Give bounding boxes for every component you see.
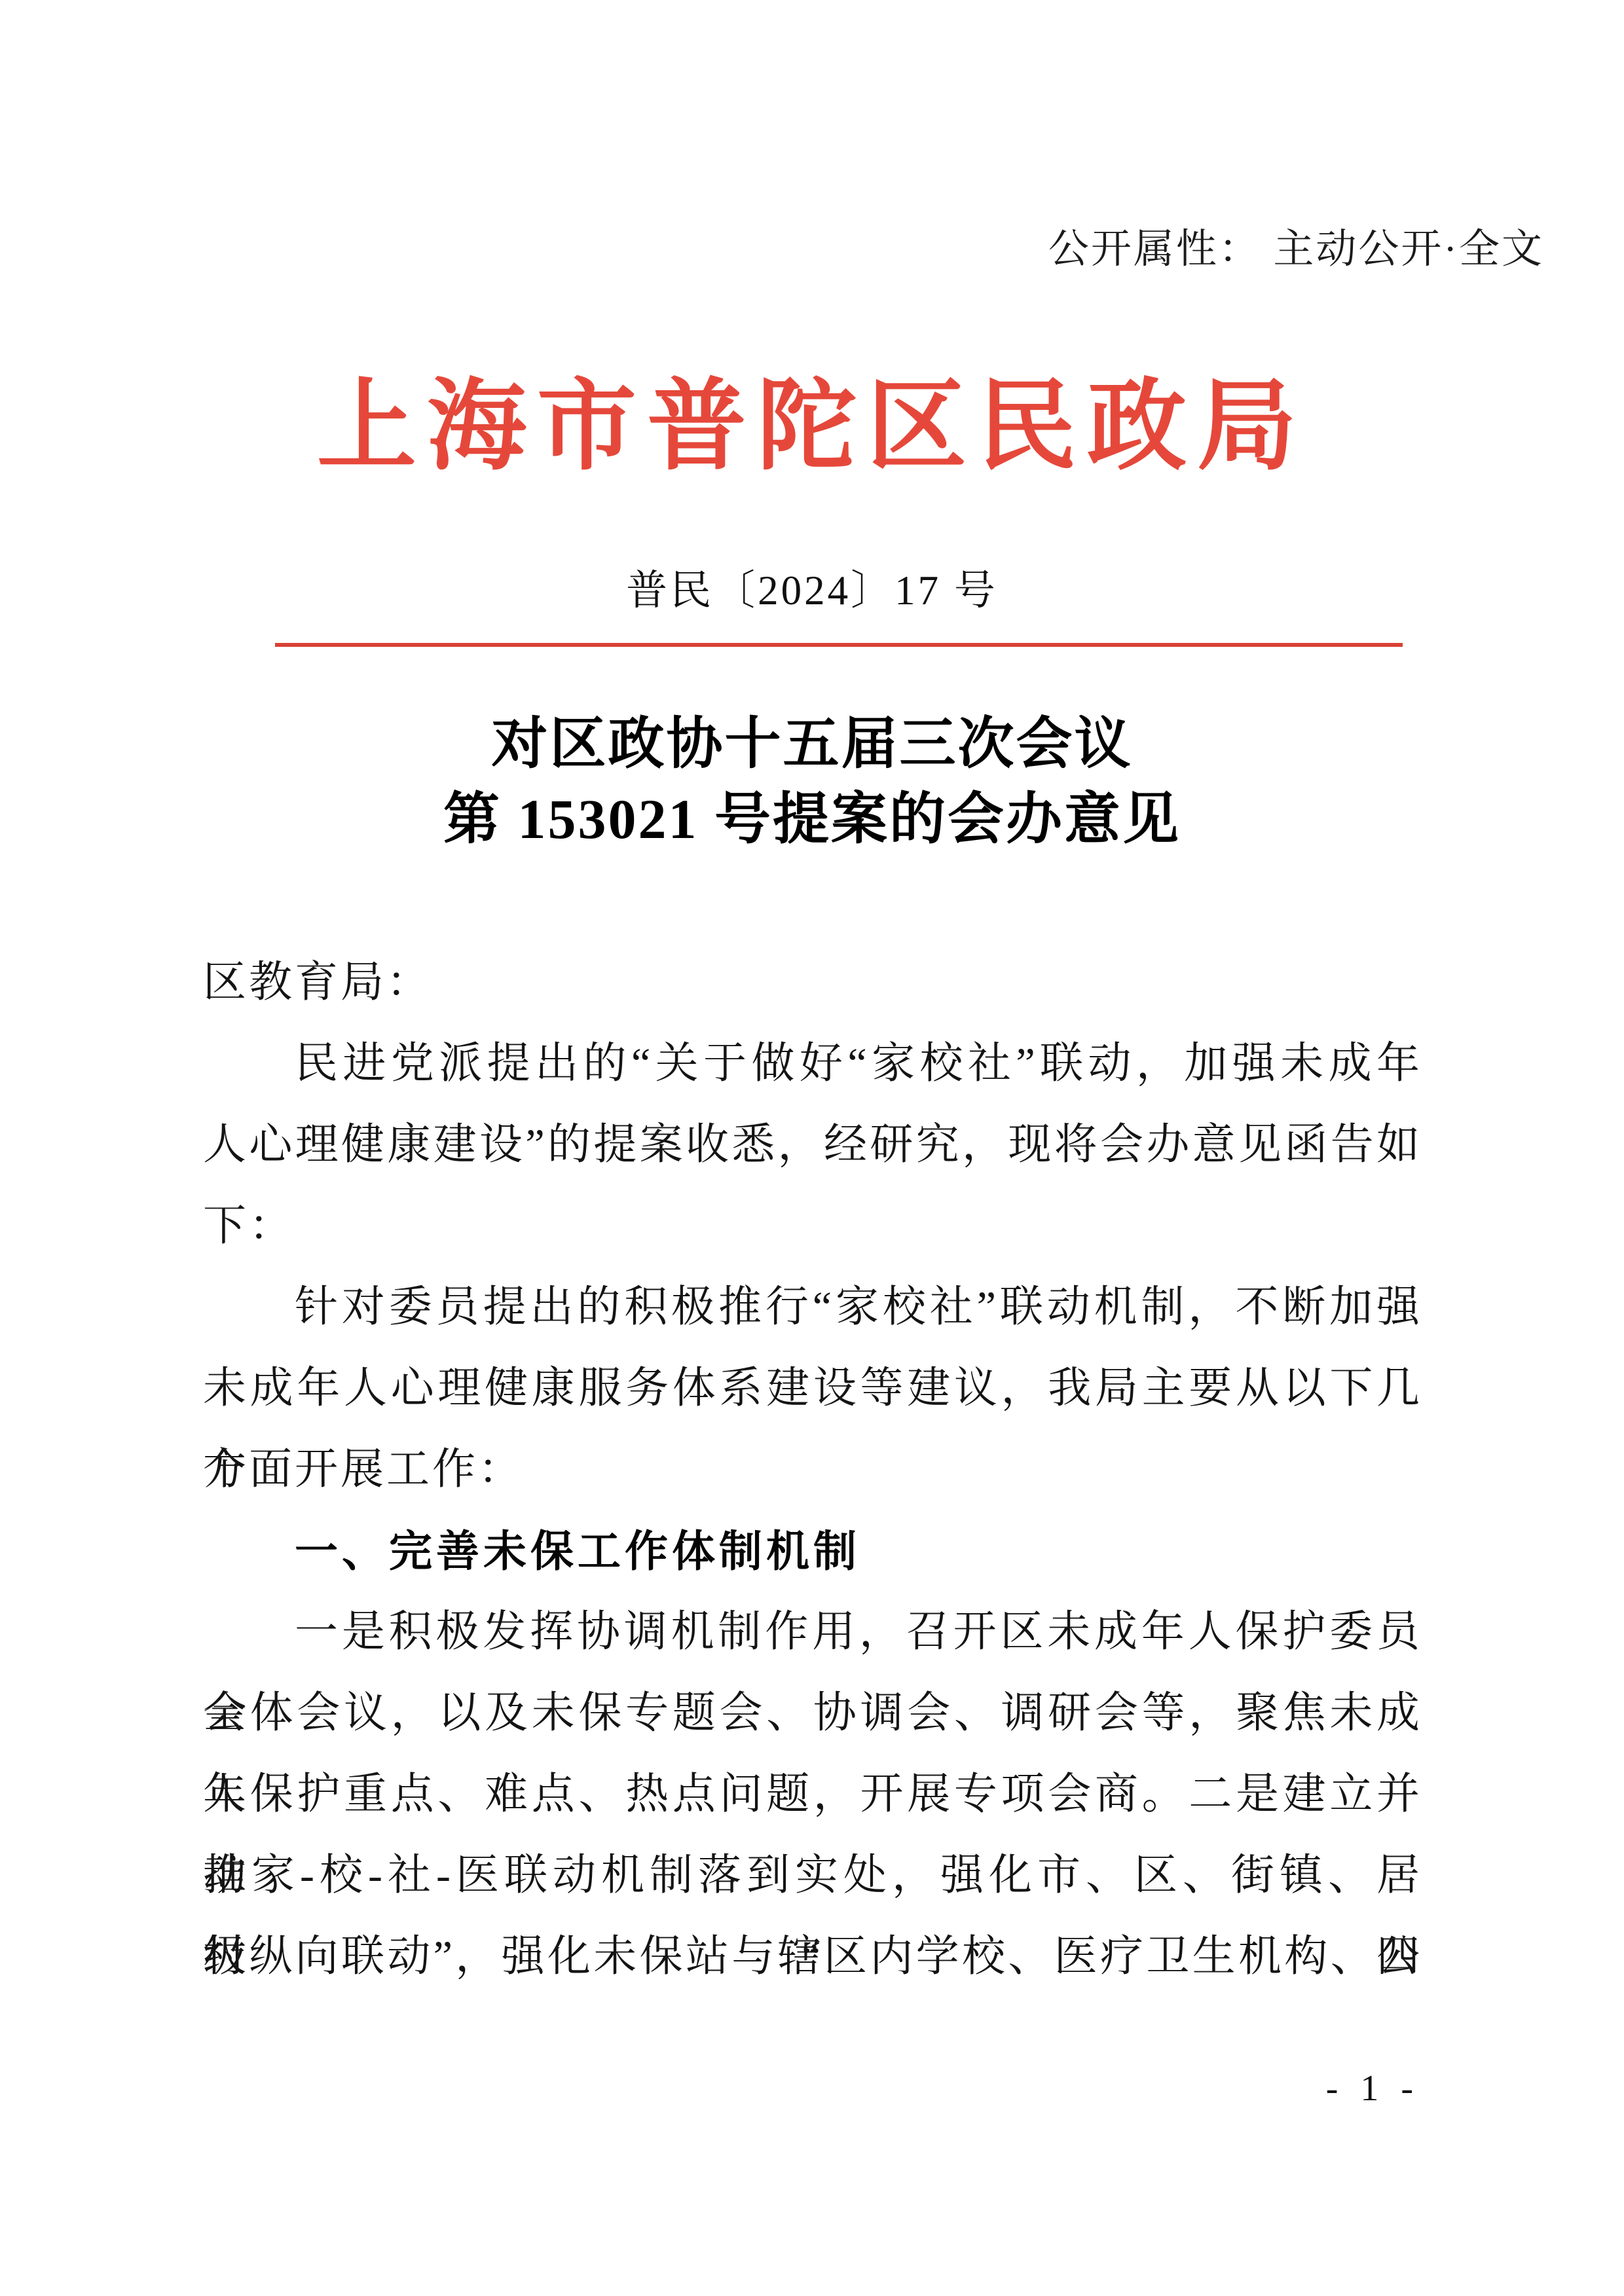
document-title-line2: 第 153021 号提案的会办意见	[0, 782, 1624, 857]
body-line: 针对委员提出的积极推行“家校社”联动机制，不断加强	[203, 1267, 1422, 1348]
body-line: 下：	[203, 1186, 1422, 1267]
body-line: 未成年人心理健康服务体系建设等建议，我局主要从以下几个	[203, 1348, 1422, 1429]
official-document-page: 公开属性： 主动公开·全文 上海市普陀区民政局 普民〔2024〕17 号 对区政…	[0, 0, 1624, 2296]
publicity-attribute-label: 公开属性： 主动公开·全文	[1048, 216, 1544, 274]
document-title: 对区政协十五届三次会议 第 153021 号提案的会办意见	[0, 706, 1624, 857]
document-number: 普民〔2024〕17 号	[0, 560, 1624, 622]
body-line: 动家-校-社-医联动机制落到实处，强化市、区、街镇、居村“四	[203, 1835, 1422, 1916]
body-line: 一是积极发挥协调机制作用，召开区未成年人保护委员会	[203, 1592, 1422, 1673]
body-line: 级纵向联动”，强化未保站与辖区内学校、医疗卫生机构、公	[203, 1916, 1422, 1997]
document-title-line1: 对区政协十五届三次会议	[0, 706, 1624, 782]
body-line: 民进党派提出的“关于做好“家校社”联动，加强未成年	[203, 1023, 1422, 1104]
body-line: 区教育局：	[203, 942, 1422, 1023]
body-line: 人心理健康建设”的提案收悉，经研究，现将会办意见函告如	[203, 1104, 1422, 1186]
agency-masthead-title: 上海市普陀区民政局	[0, 354, 1624, 501]
document-body: 区教育局：民进党派提出的“关于做好“家校社”联动，加强未成年人心理健康建设”的提…	[203, 942, 1422, 1997]
body-line: 人保护重点、难点、热点问题，开展专项会商。二是建立并推	[203, 1754, 1422, 1835]
body-line: 全体会议，以及未保专题会、协调会、调研会等，聚焦未成年	[203, 1673, 1422, 1754]
red-divider-rule	[275, 643, 1403, 647]
page-number: - 1 -	[1326, 2068, 1420, 2109]
section-heading: 一、完善未保工作体制机制	[203, 1510, 1422, 1592]
body-line: 方面开展工作：	[203, 1429, 1422, 1510]
